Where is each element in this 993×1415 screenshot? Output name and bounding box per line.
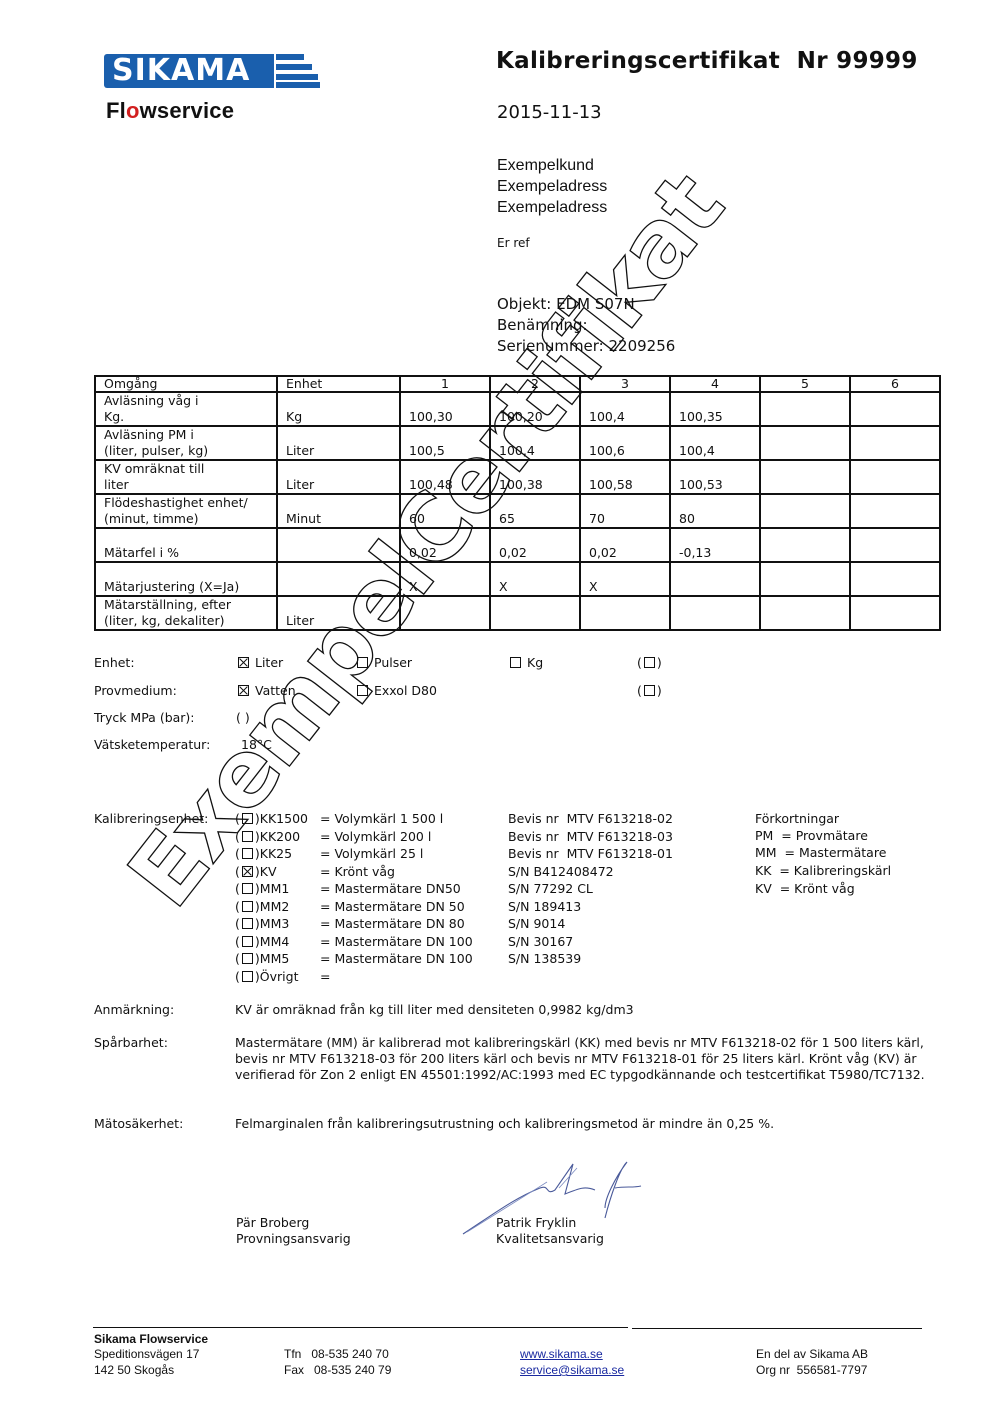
footer-city: 142 50 Skogås [94,1362,174,1378]
value-cell [670,596,760,630]
calibration-unit-description: = Volymkärl 200 l [320,828,431,845]
checkbox-icon [242,953,253,964]
checkbox-icon [242,848,253,859]
value-cell [760,392,850,426]
signatory-2-name: Patrik Fryklin [496,1215,576,1231]
table-row: Flödeshastighet enhet/(minut, timme)Minu… [95,494,940,528]
logo-stripe [276,74,318,80]
checkbox-icon [644,685,655,696]
object-label: Objekt: EDM S07N [497,294,675,315]
remark-text: KV är omräknad från kg till liter med de… [235,1002,925,1018]
footer-street: Speditionsvägen 17 [94,1346,199,1362]
unit-option-pulser[interactable]: Pulser [357,655,412,670]
calibration-unit-certificate: S/N 30167 [508,933,573,950]
traceability-label: Spårbarhet: [94,1035,168,1051]
footer-org-number: Org nr 556581-7797 [756,1362,867,1378]
value-cell [760,460,850,494]
header-cell: 2 [490,376,580,392]
medium-option-other[interactable]: () [637,683,662,698]
checkbox-icon [242,883,253,894]
checkbox-icon [510,657,521,668]
signatory-1-role: Provningsansvarig [236,1231,351,1247]
calibration-unit-description: = Mastermätare DN50 [320,880,461,897]
calibration-unit-certificate: S/N 189413 [508,898,581,915]
row-unit: Minut [277,494,400,528]
value-cell: 60 [400,494,490,528]
calibration-unit-certificate: S/N 138539 [508,950,581,967]
value-cell [400,596,490,630]
calibration-unit-certificate: Bevis nr MTV F613218-01 [508,845,673,862]
checkbox-checked-icon [238,657,249,668]
footer-rule [632,1328,922,1329]
header-cell: 3 [580,376,670,392]
logo-brand: SIKAMA [112,55,250,87]
value-cell: 100,53 [670,460,760,494]
calibration-unit-certificate: S/N 77292 CL [508,880,593,897]
abbreviation-item: KK = Kalibreringskärl [755,862,891,879]
checkbox-icon [357,685,368,696]
row-unit: Liter [277,426,400,460]
header-cell: 6 [850,376,940,392]
value-cell: -0,13 [670,528,760,562]
footer-company: Sikama Flowservice [94,1331,208,1347]
value-cell [760,562,850,596]
footer-rule [93,1327,628,1328]
footer-fax: Fax 08-535 240 79 [284,1362,391,1378]
value-cell: 100,20 [490,392,580,426]
email-link[interactable]: service@sikama.se [520,1363,624,1377]
medium-option-vatten[interactable]: Vatten [238,683,296,698]
calibration-unit-description: = [320,968,330,985]
row-label: Mätarjustering (X=Ja) [95,562,277,596]
value-cell: 0,02 [400,528,490,562]
value-cell: 100,35 [670,392,760,426]
row-unit: Liter [277,460,400,494]
logo-flowservice: Flowservice [106,98,234,124]
unit-option-kg[interactable]: Kg [510,655,543,670]
value-cell: 100,4 [670,426,760,460]
value-cell [850,528,940,562]
calibration-unit-option[interactable]: ()MM2 [235,898,289,915]
checkbox-icon [357,657,368,668]
unit-option-liter[interactable]: Liter [238,655,283,670]
value-cell: 100,4 [580,392,670,426]
value-cell: 100,58 [580,460,670,494]
calibration-unit-option[interactable]: ()KK200 [235,828,300,845]
calibration-unit-certificate: S/N 9014 [508,915,565,932]
calibration-unit-description: = Mastermätare DN 100 [320,950,473,967]
value-cell: 100,48 [400,460,490,494]
calibration-unit-option[interactable]: ()KV [235,863,277,880]
customer-address-line: Exempeladress [497,176,607,197]
customer-address: Exempelkund Exempeladress Exempeladress [497,155,607,218]
header-cell: 1 [400,376,490,392]
table-header-row: Omgång Enhet 1 2 3 4 5 6 [95,376,940,392]
checkbox-checked-icon [238,685,249,696]
calibration-unit-option[interactable]: ()MM5 [235,950,289,967]
calibration-unit-option[interactable]: ()Övrigt [235,968,298,985]
table-row: Mätarfel i %0,020,020,02-0,13 [95,528,940,562]
calibration-label: Kalibreringsenhet: [94,810,208,827]
table-row: KV omräknat tillliterLiter100,48100,3810… [95,460,940,494]
checkbox-icon [242,918,253,929]
certificate-date: 2015-11-13 [497,102,602,123]
designation-label: Benämning: [497,315,675,336]
value-cell: 0,02 [490,528,580,562]
serial-number: Serienummer: 2209256 [497,336,675,357]
object-info: Objekt: EDM S07N Benämning: Serienummer:… [497,294,675,357]
checkbox-icon [242,901,253,912]
unit-option-other[interactable]: () [637,655,662,670]
row-unit: Kg [277,392,400,426]
value-cell [760,596,850,630]
row-unit: Liter [277,596,400,630]
checkbox-icon [242,831,253,842]
table-row: Avläsning PM i(liter, pulser, kg)Liter10… [95,426,940,460]
value-cell: 80 [670,494,760,528]
value-cell: 0,02 [580,528,670,562]
value-cell [670,562,760,596]
calibration-unit-description: = Mastermätare DN 80 [320,915,465,932]
signatory-1-name: Pär Broberg [236,1215,309,1231]
calibration-unit-description: = Volymkärl 1 500 l [320,810,443,827]
value-cell [850,392,940,426]
value-cell [490,596,580,630]
checkbox-icon [644,657,655,668]
abbreviation-item: MM = Mastermätare [755,844,886,861]
calibration-unit-option[interactable]: ()MM3 [235,915,289,932]
header-cell: 4 [670,376,760,392]
calibration-unit-certificate: S/N B412408472 [508,863,614,880]
checkbox-icon [242,971,253,982]
traceability-text: Mastermätare (MM) är kalibrerad mot kali… [235,1035,935,1083]
value-cell [760,426,850,460]
value-cell: 70 [580,494,670,528]
abbreviation-item: KV = Krönt våg [755,880,855,897]
value-cell: 65 [490,494,580,528]
pressure-label: Tryck MPa (bar): [94,710,195,725]
unit-label: Enhet: [94,655,135,670]
logo-stripe [276,82,320,88]
table-row: Mätarställning, efter(liter, kg, dekalit… [95,596,940,630]
value-cell: 100,38 [490,460,580,494]
table-row: Avläsning våg iKg.Kg100,30100,20100,4100… [95,392,940,426]
footer-parent: En del av Sikama AB [756,1346,868,1362]
value-cell [850,596,940,630]
table-row: Mätarjustering (X=Ja)XXX [95,562,940,596]
calibration-unit-option[interactable]: ()KK1500 [235,810,308,827]
calibration-unit-description: = Mastermätare DN 100 [320,933,473,950]
header-cell: Omgång [95,376,277,392]
website-link[interactable]: www.sikama.se [520,1347,603,1361]
checkbox-checked-icon [242,866,253,877]
value-cell [580,596,670,630]
logo-stripe [276,54,304,60]
temperature-value: 18°C [241,737,272,752]
value-cell: 100,4 [490,426,580,460]
value-cell: X [580,562,670,596]
value-cell [850,494,940,528]
value-cell [760,494,850,528]
calibration-unit-certificate: Bevis nr MTV F613218-02 [508,810,673,827]
row-label: Avläsning våg iKg. [95,392,277,426]
medium-label: Provmedium: [94,683,177,698]
value-cell: 100,5 [400,426,490,460]
customer-address-line: Exempeladress [497,197,607,218]
temperature-label: Vätsketemperatur: [94,737,210,752]
remark-label: Anmärkning: [94,1002,174,1018]
row-label: Mätarfel i % [95,528,277,562]
value-cell [850,460,940,494]
value-cell: X [400,562,490,596]
row-label: Avläsning PM i(liter, pulser, kg) [95,426,277,460]
calibration-table: Omgång Enhet 1 2 3 4 5 6 Avläsning våg i… [94,375,941,631]
row-label: Mätarställning, efter(liter, kg, dekalit… [95,596,277,630]
footer-phone: Tfn 08-535 240 70 [284,1346,389,1362]
uncertainty-label: Mätosäkerhet: [94,1116,183,1132]
value-cell [850,562,940,596]
reference: Er ref [497,236,530,250]
signatory-2-role: Kvalitetsansvarig [496,1231,604,1247]
logo-stripe [276,64,312,70]
abbreviations-title: Förkortningar [755,810,839,827]
calibration-unit-certificate: Bevis nr MTV F613218-03 [508,828,673,845]
calibration-unit-description: = Volymkärl 25 l [320,845,423,862]
value-cell [760,528,850,562]
header-cell: Enhet [277,376,400,392]
value-cell [850,426,940,460]
checkbox-icon [242,813,253,824]
customer-name: Exempelkund [497,155,607,176]
row-unit [277,562,400,596]
medium-option-exxol[interactable]: Exxol D80 [357,683,437,698]
pressure-value: ( ) [236,710,250,725]
header-cell: 5 [760,376,850,392]
calibration-unit-description: = Mastermätare DN 50 [320,898,465,915]
row-label: KV omräknat tillliter [95,460,277,494]
uncertainty-text: Felmarginalen från kalibreringsutrustnin… [235,1116,925,1132]
value-cell: 100,30 [400,392,490,426]
value-cell: 100,6 [580,426,670,460]
row-unit [277,528,400,562]
value-cell: X [490,562,580,596]
calibration-unit-option[interactable]: ()MM1 [235,880,289,897]
checkbox-icon [242,936,253,947]
abbreviation-item: PM = Provmätare [755,827,868,844]
company-logo: SIKAMA Flowservice [104,54,320,124]
row-label: Flödeshastighet enhet/(minut, timme) [95,494,277,528]
certificate-title: Kalibreringscertifikat Nr 99999 [496,48,918,74]
calibration-unit-description: = Krönt våg [320,863,395,880]
calibration-unit-option[interactable]: ()KK25 [235,845,292,862]
calibration-unit-option[interactable]: ()MM4 [235,933,289,950]
